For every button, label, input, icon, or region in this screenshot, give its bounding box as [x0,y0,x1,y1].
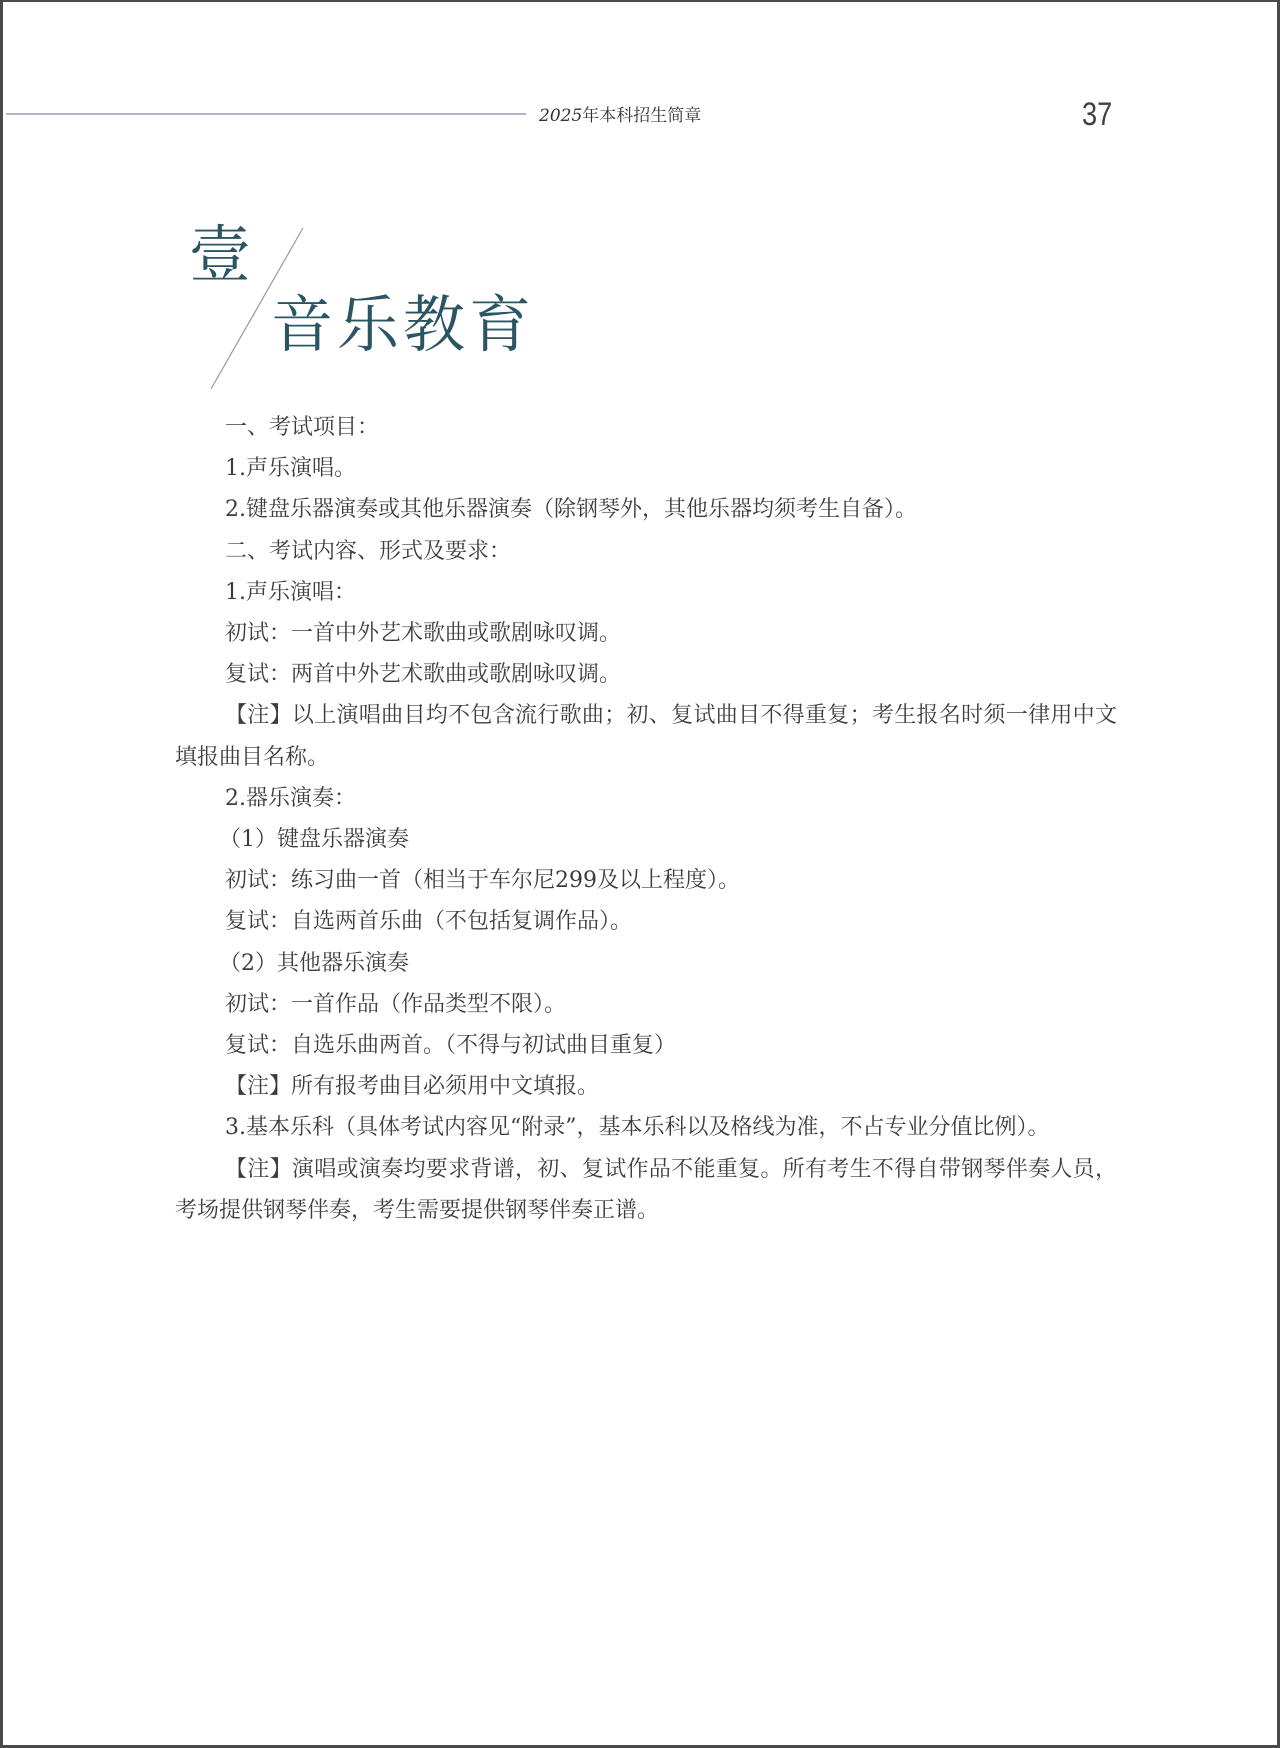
exam-item: 2.键盘乐器演奏或其他乐器演奏（除钢琴外，其他乐器均须考生自备）。 [175,489,1117,530]
note: 【注】所有报考曲目必须用中文填报。 [175,1066,1117,1107]
header-year: 2025 [539,106,582,126]
exam-requirement: 复试：自选乐曲两首。（不得与初试曲目重复） [175,1025,1117,1066]
document-page: 2025年本科招生简章 37 壹 音乐教育 一、考试项目： 1.声乐演唱。 2.… [0,0,1280,1748]
exam-requirement: 初试：一首中外艺术歌曲或歌剧咏叹调。 [175,613,1117,654]
header-rule [6,113,526,115]
exam-requirement: 初试：一首作品（作品类型不限）。 [175,984,1117,1025]
exam-requirement: 复试：自选两首乐曲（不包括复调作品）。 [175,901,1117,942]
sub-subsection-heading: （2）其他器乐演奏 [175,943,1117,984]
sub-subsection-heading: （1）键盘乐器演奏 [175,819,1117,860]
subsection-heading: 1.声乐演唱： [175,572,1117,613]
section-heading-exam-items: 一、考试项目： [175,407,1117,448]
header-title-text: 年本科招生简章 [582,106,701,126]
body-text: 一、考试项目： 1.声乐演唱。 2.键盘乐器演奏或其他乐器演奏（除钢琴外，其他乐… [175,407,1117,1231]
exam-item: 1.声乐演唱。 [175,448,1117,489]
note: 【注】以上演唱曲目均不包含流行歌曲；初、复试曲目不得重复；考生报名时须一律用中文… [175,695,1117,777]
chapter-title: 音乐教育 [271,294,535,356]
running-header: 2025年本科招生简章 [539,101,701,126]
note: 【注】演唱或演奏均要求背谱，初、复试作品不能重复。所有考生不得自带钢琴伴奏人员，… [175,1149,1117,1231]
section-heading-exam-content: 二、考试内容、形式及要求： [175,531,1117,572]
chapter-numeral: 壹 [189,224,251,286]
exam-requirement: 复试：两首中外艺术歌曲或歌剧咏叹调。 [175,654,1117,695]
diagonal-divider-line [3,2,1280,402]
exam-requirement: 初试：练习曲一首（相当于车尔尼299及以上程度）。 [175,860,1117,901]
subsection-heading: 2.器乐演奏： [175,778,1117,819]
page-number: 37 [1082,96,1112,133]
subsection-heading: 3.基本乐科（具体考试内容见“附录”，基本乐科以及格线为准，不占专业分值比例）。 [175,1107,1117,1148]
